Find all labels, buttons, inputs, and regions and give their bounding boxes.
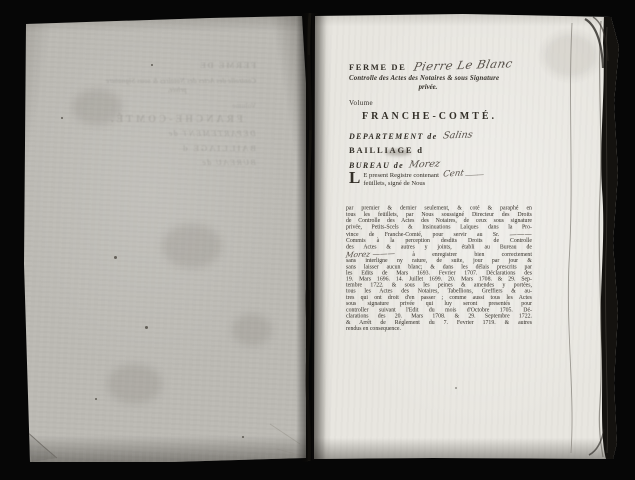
left-page-creases xyxy=(22,14,306,462)
volume-label: Volume xyxy=(349,99,373,107)
speck xyxy=(151,64,153,66)
body-text: sans laisser aucun blanc; & dans les dél… xyxy=(346,264,532,270)
scanned-register-spread: FERME DE Controlle des Actes des Notaire… xyxy=(0,0,635,480)
bleed-departement: DEPARTEMENT de xyxy=(167,129,256,138)
bleed-bailliage: BAILLIAGE d xyxy=(181,143,256,153)
body-text: & Arrêt de Réglement du 7. Fevrier 1719.… xyxy=(346,320,532,326)
bleed-subtitle: Controlle des Actes des Notaires & sous … xyxy=(106,78,256,85)
registre-line1: E present Registre contenant xyxy=(363,172,439,179)
body-line: les Edits de Mars 1693. Fevrier 1707. Dé… xyxy=(346,271,532,277)
bureau-line: BUREAU deMorez xyxy=(349,155,440,173)
bureau-handwritten-inline: Morez ——— xyxy=(345,250,395,258)
body-text: à enregistrer bien correctement xyxy=(395,251,532,257)
bleed-bureau: BUREAU de xyxy=(201,158,256,167)
body-text: controller suivant l'Edit du mois d'Octo… xyxy=(346,307,532,313)
body-line: Morez ——— à enregistrer bien correctemen… xyxy=(346,251,532,258)
speck xyxy=(503,63,505,65)
speck xyxy=(242,436,244,438)
bleed-volume: Volume xyxy=(232,102,256,110)
body-line: tres qui ont droit d'en passer ; comme a… xyxy=(346,295,532,301)
departement-label: DEPARTEMENT de xyxy=(349,132,438,141)
body-line: vince de Franche-Comté, pour servir au S… xyxy=(346,231,532,238)
body-text: par premier & dernier seulement, & coté … xyxy=(346,205,532,211)
body-line: tembre 1722. & sous les peines & amendes… xyxy=(346,283,532,289)
speck xyxy=(114,256,117,259)
stain xyxy=(543,33,598,78)
bureau-label: BUREAU de xyxy=(349,161,404,170)
departement-handwritten-entry: Salins xyxy=(442,129,474,141)
body-line: sans laisser aucun blanc; & dans les dél… xyxy=(346,264,532,270)
body-text: sous signature privée qui luy seront pre… xyxy=(346,301,532,307)
body-line: clarations des 20. Mars 1708. & 29. Sept… xyxy=(346,314,532,320)
ferme-label: FERME DE xyxy=(349,62,406,72)
speck xyxy=(145,326,148,329)
body-text: tres qui ont droit d'en passer ; comme a… xyxy=(346,295,532,301)
body-text: privée, Petits-Scels & Insinuations Laïq… xyxy=(346,224,532,230)
body-text: 19. Mars 1696. 14. Juillet 1699. 20. Mar… xyxy=(346,276,532,282)
subtitle-line1: Controlle des Actes des Notaires & sous … xyxy=(349,75,499,82)
stain xyxy=(162,224,222,268)
speck xyxy=(61,117,63,119)
body-line: & Arrêt de Réglement du 7. Fevrier 1719.… xyxy=(346,320,532,326)
stain xyxy=(72,89,122,125)
bleed-ferme: FERME DE xyxy=(199,60,256,70)
bleed-privee: privée. xyxy=(98,87,256,94)
registre-dash: ——— xyxy=(464,171,484,180)
bleed-province: FRANCHE-COMTÉ. xyxy=(108,114,243,125)
ferme-line: FERME DEPierre Le Blanc xyxy=(349,57,513,75)
departement-line: DEPARTEMENT deSalins xyxy=(349,126,472,144)
right-page: FERME DEPierre Le Blanc Controlle des Ac… xyxy=(313,13,619,460)
left-page: FERME DE Controlle des Actes des Notaire… xyxy=(22,14,306,462)
title-page-content: FERME DEPierre Le Blanc Controlle des Ac… xyxy=(313,13,619,460)
right-page-edge-marks xyxy=(313,13,619,460)
bailliage-line: BAILLIAGE d xyxy=(349,140,424,158)
body-line: sans interligne ny rature, de suite, jou… xyxy=(346,258,532,264)
stain xyxy=(107,364,162,404)
stain xyxy=(232,314,272,346)
body-line: tous les Actes des Notaires, Tabellions,… xyxy=(346,289,532,295)
body-paragraph: par premier & dernier seulement, & coté … xyxy=(346,206,533,333)
body-line: des Actes & autres y joints, établi au B… xyxy=(346,245,532,251)
body-line: privée, Petits-Scels & Insinuations Laïq… xyxy=(346,225,532,231)
body-text: clarations des 20. Mars 1708. & 29. Sept… xyxy=(346,313,532,319)
body-text: Commis à la perception desdits Droits de… xyxy=(346,238,532,244)
ferme-handwritten-name: Pierre Le Blanc xyxy=(413,56,515,73)
body-text: tous les Actes des Notaires, Tabellions,… xyxy=(346,289,532,295)
body-text: tous les feüillets, par Nous soussigné D… xyxy=(346,212,532,218)
bleedthrough-mirrored-text: FERME DE Controlle des Actes des Notaire… xyxy=(50,16,292,216)
subtitle-line2: privée. xyxy=(349,84,507,91)
registre-line2: feüillets, signé de Nous xyxy=(363,180,425,187)
body-text: les Edits de Mars 1693. Fevrier 1707. Dé… xyxy=(346,270,532,276)
body-text: vince de Franche-Comté, pour servir au S… xyxy=(346,231,509,237)
registre-statement: L E present Registre contenantCent ——— f… xyxy=(349,171,524,188)
body-text: des Actes & autres y joints, établi au B… xyxy=(346,244,532,250)
speck xyxy=(455,387,457,389)
body-line: controller suivant l'Edit du mois d'Octo… xyxy=(346,308,532,314)
bureau-handwritten-entry: Morez xyxy=(408,158,441,170)
dropcap-L: L xyxy=(349,171,360,185)
registre-count-handwritten: Cent xyxy=(442,169,464,178)
sr-handwritten-scribble: ——— xyxy=(509,231,533,238)
body-line: Commis à la perception desdits Droits de… xyxy=(346,238,532,244)
body-text: tembre 1722. & sous les peines & amendes… xyxy=(346,282,532,288)
body-text: de Controlle des Actes des Notaires, de … xyxy=(346,218,532,224)
bailliage-ink-smudge xyxy=(385,149,411,156)
body-line: rendus en consequence. xyxy=(346,327,532,333)
body-line: tous les feüillets, par Nous soussigné D… xyxy=(346,212,532,218)
body-line: sous signature privée qui luy seront pre… xyxy=(346,302,532,308)
bailliage-label: BAILLIAGE d xyxy=(349,145,424,155)
body-line: 19. Mars 1696. 14. Juillet 1699. 20. Mar… xyxy=(346,277,532,283)
speck xyxy=(95,398,97,400)
province-title: FRANCHE-COMTÉ. xyxy=(362,111,497,122)
body-text: sans interligne ny rature, de suite, jou… xyxy=(346,258,532,264)
body-line: par premier & dernier seulement, & coté … xyxy=(346,206,532,212)
body-line: de Controlle des Actes des Notaires, de … xyxy=(346,218,532,224)
body-text: rendus en consequence. xyxy=(346,326,401,332)
